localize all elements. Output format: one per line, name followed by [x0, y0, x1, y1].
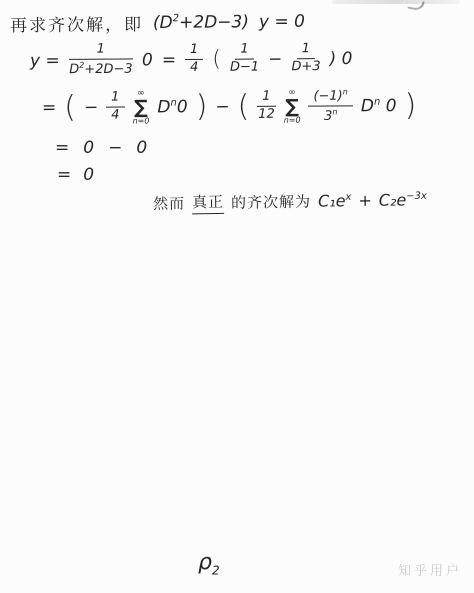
page-marker-letter: ρ	[198, 550, 212, 575]
line3-minus: −	[215, 97, 229, 117]
line4-zero-2: 0	[136, 138, 147, 158]
line1-y-equals-zero: y = 0	[259, 11, 305, 31]
line2-fraction-one-quarter: 1 4	[185, 43, 204, 76]
line3-zero-2: 0	[386, 96, 397, 116]
line3-equals: =	[42, 98, 56, 118]
line3-sum2-lower-limit: n=0	[284, 116, 301, 124]
line3-zero-1: 0	[177, 97, 188, 117]
line6-term2-exponent: −3x	[406, 191, 427, 202]
line6-solution-term-2: C₂e−3x	[379, 190, 427, 210]
line2-minus: −	[268, 49, 282, 69]
line3-left-paren-2: (	[238, 92, 250, 122]
line6-term1-exponent: x	[345, 192, 351, 203]
sigma-icon: ∑	[285, 97, 299, 116]
line3-d2-exponent: n	[374, 96, 380, 107]
page-number-marker: ρ2	[198, 552, 220, 576]
line3-summation-2: ∞ ∑ n=0	[284, 88, 301, 124]
line2-right-paren-zero: ) 0	[330, 48, 353, 68]
line3-operator-term-1: Dn0	[157, 97, 187, 117]
zhihu-user-watermark: 知乎用户	[398, 560, 462, 579]
line-true-solution: 然而真正的齐次解为 C₁ex + C₂e−3x	[153, 188, 427, 215]
sigma-icon: ∑	[134, 98, 148, 117]
line2-frac1-den-base: D	[69, 62, 79, 77]
line3-frac3-num-exponent: n	[343, 87, 348, 96]
line-homogeneous-setup: 再求齐次解，即 (D2+2D−3) y = 0	[10, 9, 305, 37]
line3-fraction-one-twelfth: 1 12	[257, 90, 275, 123]
line2-frac3-denominator: D−1	[230, 60, 259, 76]
line4-equals: =	[55, 138, 69, 158]
line-zero-minus-zero: = 0 − 0	[55, 138, 147, 158]
line3-right-paren-2: )	[404, 91, 416, 121]
line6-term2-base: C₂e	[379, 190, 407, 209]
line6-prefix: 然而	[153, 192, 185, 213]
line2-frac2-denominator: 4	[190, 60, 198, 76]
line2-fraction-d-plus-3: 1 D+3	[291, 42, 320, 75]
line3-frac3-numerator: (−1)n	[308, 87, 352, 106]
line3-fraction-one-quarter: 1 4	[106, 91, 124, 124]
line2-frac2-numerator: 1	[185, 43, 203, 60]
line1-d-open: (D	[153, 12, 173, 32]
line3-sum1-lower-limit: n=0	[133, 117, 150, 125]
line2-fraction-inverse-operator: 1 D2+2D−3	[69, 42, 134, 78]
line5-equals: =	[57, 165, 71, 185]
line3-d1-base: D	[157, 97, 170, 117]
line2-equals: =	[162, 50, 176, 70]
line6-suffix: 的齐次解为	[231, 191, 311, 213]
line2-frac4-numerator: 1	[297, 42, 315, 59]
line5-zero: 0	[83, 165, 94, 185]
line3-frac3-den-exponent: n	[332, 108, 337, 117]
line2-zero-operand: 0	[142, 50, 153, 70]
line2-frac1-numerator: 1	[69, 42, 133, 59]
line3-d2-base: D	[361, 96, 374, 116]
page-marker-subscript: 2	[212, 563, 220, 577]
line2-lhs: y =	[30, 51, 60, 71]
line3-frac2-numerator: 1	[257, 90, 275, 107]
line2-left-paren: (	[212, 48, 221, 70]
line1-chinese-text: 再求齐次解，即	[10, 10, 143, 36]
line3-fraction-ratio: (−1)n 3n	[308, 87, 353, 125]
line2-frac3-numerator: 1	[235, 43, 253, 60]
line6-plus: +	[358, 191, 372, 210]
line2-frac1-den-rest: +2D−3	[84, 62, 132, 77]
line1-operator-polynomial: (D2+2D−3)	[153, 12, 249, 33]
line-result-zero: = 0	[57, 165, 94, 185]
line-inverse-operator: y = 1 D2+2D−3 0 = 1 4 ( 1 D−1 − 1 D+3 ) …	[30, 41, 353, 78]
line3-frac3-denominator: 3n	[324, 107, 337, 125]
line2-frac4-denominator: D+3	[291, 59, 320, 75]
line4-minus: −	[108, 138, 122, 158]
top-edge-smudge	[332, 0, 460, 4]
line3-negative-sign: −	[84, 97, 98, 117]
line3-frac2-denominator: 12	[258, 107, 275, 123]
line6-term1-base: C₁e	[318, 191, 346, 210]
line3-right-paren-1: )	[196, 92, 208, 122]
line4-zero-1: 0	[83, 138, 94, 158]
line3-frac1-denominator: 4	[111, 108, 119, 124]
line3-frac3-num-base: (−1)	[313, 89, 342, 104]
line6-underlined-emphasis: 真正	[192, 191, 224, 214]
line1-polynomial-rest: +2D−3)	[179, 12, 249, 33]
line6-solution-term-1: C₁ex	[318, 191, 352, 210]
top-edge-cutoff-stroke	[407, 0, 424, 11]
line-series-expansion: = ( − 1 4 ∞ ∑ n=0 Dn0 ) − ( 1 12 ∞ ∑ n=0…	[42, 87, 416, 126]
line3-operator-term-2: Dn 0	[361, 96, 397, 116]
line2-fraction-d-minus-1: 1 D−1	[230, 43, 259, 76]
line3-summation-1: ∞ ∑ n=0	[132, 89, 149, 125]
line3-frac1-numerator: 1	[106, 91, 124, 108]
line3-left-paren-1: (	[64, 93, 76, 123]
handwritten-notes-page: 再求齐次解，即 (D2+2D−3) y = 0 y = 1 D2+2D−3 0 …	[0, 0, 474, 593]
line2-frac1-denominator: D2+2D−3	[69, 59, 133, 78]
